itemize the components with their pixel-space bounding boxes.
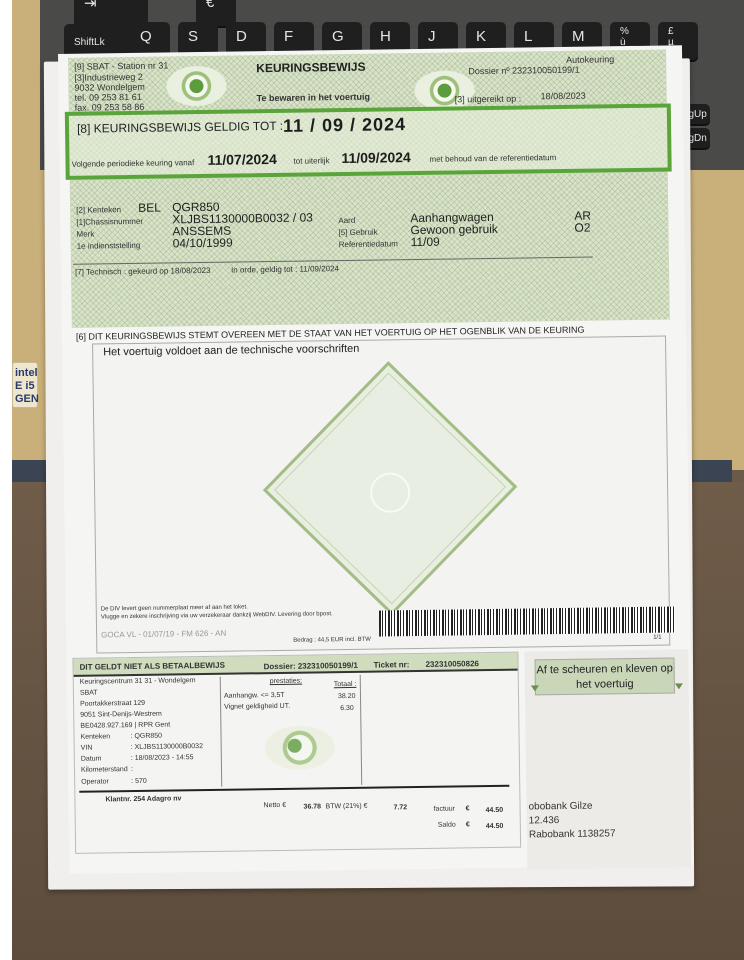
keep-note: Te bewaren in het voertuig <box>257 92 370 104</box>
column-divider <box>220 677 223 787</box>
use-code: O2 <box>574 221 590 235</box>
balance-label: Saldo <box>438 822 456 829</box>
field-label: VIN <box>81 745 93 752</box>
next-inspection-middle: tot uiterlijk <box>293 156 329 166</box>
issued-date: 18/08/2023 <box>541 91 586 102</box>
issued-label: [3] uitgereikt op : <box>455 94 522 105</box>
divider <box>79 785 509 793</box>
inspection-type: Autokeuring <box>566 54 614 65</box>
technical-inspection: [7] Technisch : gekeurd op 18/08/2023 <box>75 266 211 277</box>
make-label: Merk <box>76 230 94 239</box>
field-label: Kenteken <box>80 733 110 740</box>
balance-amount: 44.50 <box>486 823 504 830</box>
next-inspection-suffix: met behoud van de referentiedatum <box>429 153 556 164</box>
tear-off-sticker[interactable]: Af te scheuren en kleven op het voertuig… <box>524 649 691 869</box>
station-name: [9] SBAT - Station nr 31 <box>74 60 168 71</box>
receipt-header: DIT GELDT NIET ALS BETAALBEWIJS Dossier:… <box>73 653 517 677</box>
next-inspection-to: 11/09/2024 <box>341 149 411 166</box>
goca-eye-logo <box>264 725 335 770</box>
ref-date-label: Referentiedatum <box>339 239 398 249</box>
bank-line-3: Rabobank 1138257 <box>529 828 616 840</box>
vignet-diamond <box>263 361 518 616</box>
amount-incl-vat: Bedrag : 44,5 EUR incl. BTW <box>293 637 371 644</box>
valid-until-label: [8] KEURINGSBEWIJS GELDIG TOT : <box>77 119 283 136</box>
inspection-certificate: [9] SBAT - Station nr 31 [3]Industrieweg… <box>58 45 693 874</box>
bank-line-1: obobank Gilze <box>528 801 592 813</box>
receipt-dossier: Dossier: 232310050199/1 <box>264 661 358 671</box>
arrow-down-icon <box>531 685 539 691</box>
kind-label: Aard <box>338 216 355 225</box>
plate-label: [2] Kenteken <box>76 205 121 215</box>
ref-date: 11/09 <box>411 235 440 249</box>
total-label: Totaal : <box>334 681 357 688</box>
center-line-5: BE0428.927.169 | RPR Gent <box>80 721 170 729</box>
customer-number: Klantnr. 254 Adagro nv <box>105 795 181 803</box>
not-a-payment-notice: DIT GELDT NIET ALS BETAALBEWIJS <box>80 661 225 672</box>
center-line-4: 9051 Sint-Denijs-Westrem <box>80 711 162 719</box>
field-label: Datum <box>81 755 102 762</box>
dossier-number: Dossier nº 232310050199/1 <box>468 65 580 77</box>
invoice-currency: € <box>466 805 470 812</box>
center-line-2: SBAT <box>80 690 98 697</box>
service-amount: 6.30 <box>340 705 354 712</box>
document-title: KEURINGSBEWIJS <box>256 60 366 76</box>
service-name: Vignet geldigheid UT. <box>224 703 290 711</box>
invoice-label: factuur <box>434 806 456 813</box>
btw-label: BTW (21%) € <box>325 803 367 811</box>
valid-until-date: 11 / 09 / 2024 <box>283 114 406 137</box>
first-registration-label: 1e indienststelling <box>77 241 141 251</box>
field-value: : 18/08/2023 - 14:55 <box>131 754 194 762</box>
div-note-2: Vlugge en zekere inschrijving via uw ver… <box>101 611 333 620</box>
ticket-label: Ticket nr: <box>374 660 410 670</box>
in-order-until: In orde, geldig tot : 11/09/2024 <box>231 264 339 275</box>
services-label: prestaties: <box>270 678 302 685</box>
plate-country: BEL <box>138 201 161 215</box>
div-note-1: De DIV levert geen nummerplaat meer af a… <box>101 604 248 612</box>
column-divider <box>360 675 363 785</box>
result-panel: Het voertuig voldoet aan de technische v… <box>92 336 670 654</box>
balance-currency: € <box>466 821 470 828</box>
netto-amount: 36.78 <box>303 803 321 810</box>
field-label: Kilometerstand <box>81 766 128 774</box>
inspection-result: Het voertuig voldoet aan de technische v… <box>103 343 359 359</box>
first-registration: 04/10/1999 <box>173 236 233 251</box>
center-line-1: Keuringscentrum 31 31 - Wondelgem <box>80 677 196 686</box>
netto-label: Netto € <box>263 802 286 809</box>
form-code: GOCA VL - 01/07/19 - FM 626 - AN <box>101 629 226 640</box>
barcode <box>379 606 675 636</box>
field-value: : XLJBS1130000B0032 <box>131 743 203 751</box>
center-line-3: Poortakkerstraat 129 <box>80 700 145 708</box>
bank-line-2: 12.436 <box>529 815 560 826</box>
btw-amount: 7.72 <box>394 804 408 811</box>
validity-box: [8] KEURINGSBEWIJS GELDIG TOT : 11 / 09 … <box>65 103 672 179</box>
watermark-eye-icon <box>370 472 411 513</box>
next-inspection-prefix: Volgende periodieke keuring vanaf <box>71 158 194 169</box>
field-value: : 570 <box>131 778 147 785</box>
chassis-label: [1]Chassisnummer <box>76 217 143 227</box>
next-inspection-from: 11/07/2024 <box>207 151 277 168</box>
receipt: DIT GELDT NIET ALS BETAALBEWIJS Dossier:… <box>72 652 521 854</box>
service-amount: 38.20 <box>338 693 356 700</box>
sticker-instruction: Af te scheuren en kleven op het voertuig <box>534 657 674 695</box>
field-value: : <box>131 766 133 773</box>
page-number: 1/1 <box>653 635 661 641</box>
field-value: : QGR850 <box>130 733 162 740</box>
intel-sticker: intel E i5 GEN <box>12 362 38 408</box>
ticket-number: 232310050826 <box>425 659 479 669</box>
arrow-down-icon <box>675 683 683 689</box>
invoice-amount: 44.50 <box>486 807 504 814</box>
intel-sticker-text: intel E i5 GEN <box>15 367 39 405</box>
use-label: [5] Gebruik <box>338 228 377 238</box>
service-name: Aanhangw. <= 3,5T <box>224 692 285 700</box>
field-label: Operator <box>81 778 109 785</box>
image-border <box>0 0 12 960</box>
